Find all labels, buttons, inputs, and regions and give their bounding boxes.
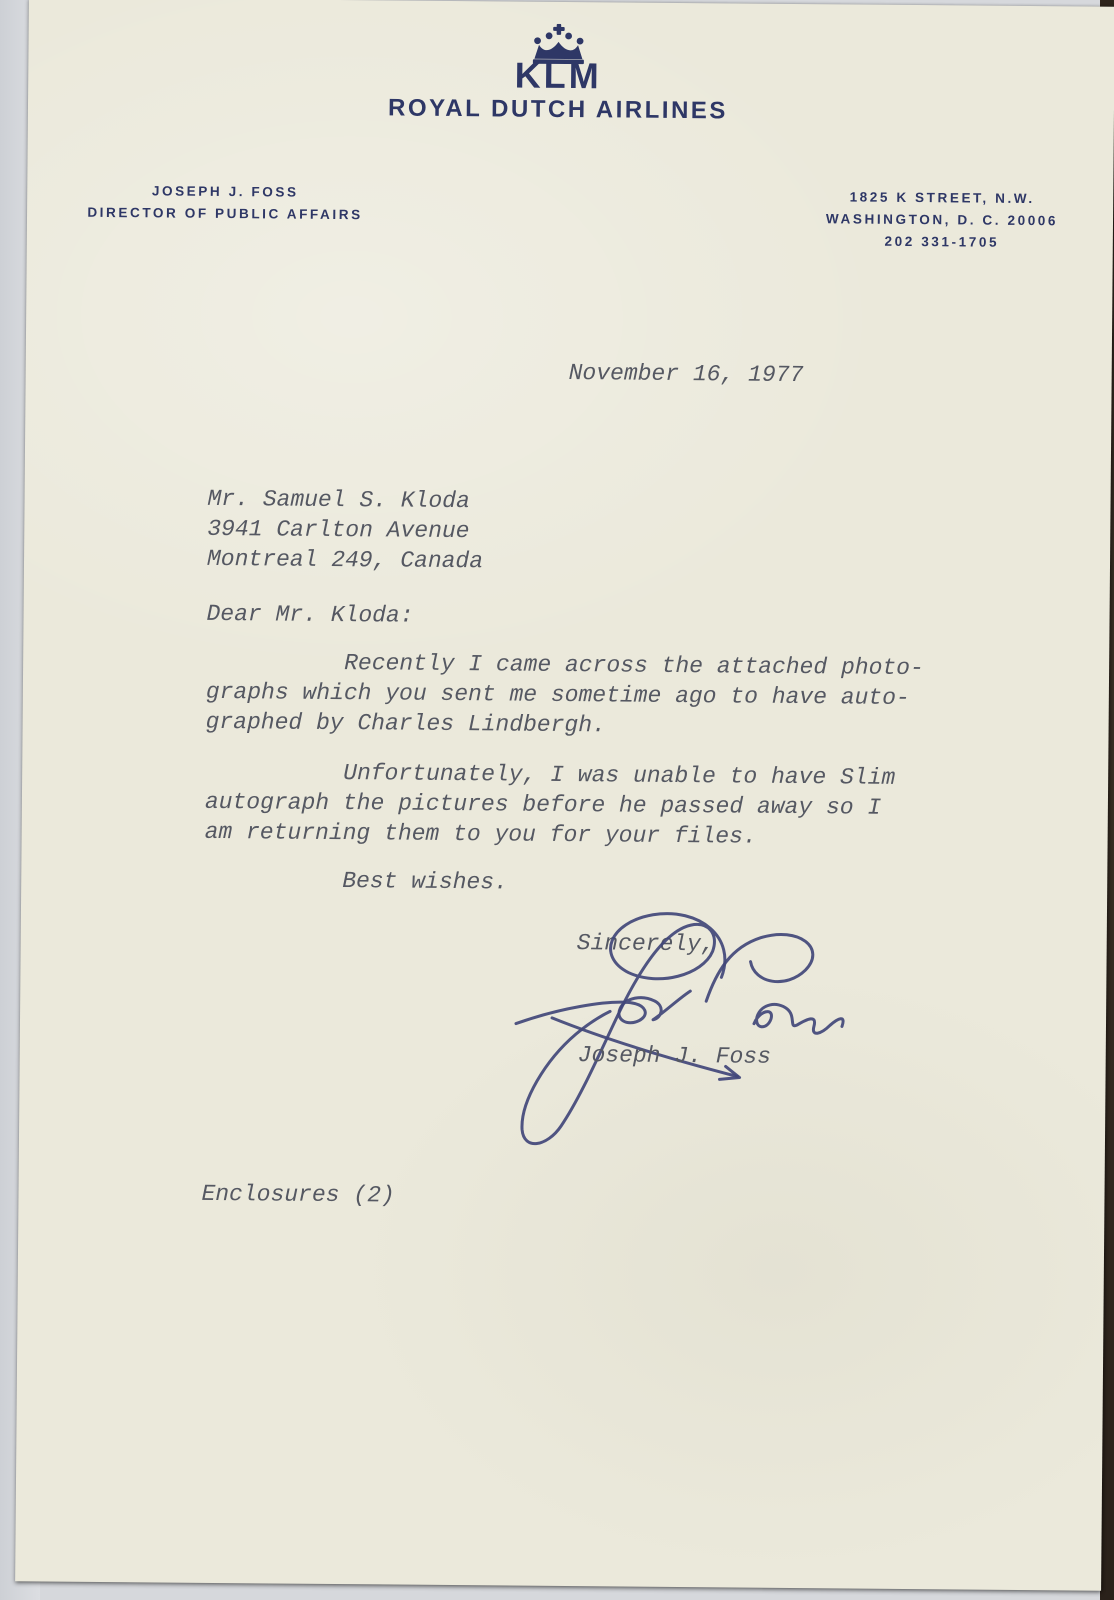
body-paragraph-3: Best wishes. — [204, 865, 508, 898]
address-city: WASHINGTON, D. C. 20006 — [784, 208, 1100, 233]
salutation: Dear Mr. Kloda: — [206, 599, 413, 631]
company-address-block: 1825 K STREET, N.W. WASHINGTON, D. C. 20… — [784, 186, 1101, 255]
address-street: 1825 K STREET, N.W. — [784, 186, 1100, 211]
letter-page: KLM ROYAL DUTCH AIRLINES JOSEPH J. FOSS … — [15, 0, 1114, 1591]
closing: Sincerely, — [577, 928, 715, 959]
airline-name: ROYAL DUTCH AIRLINES — [15, 92, 1101, 127]
recipient-address: Mr. Samuel S. Kloda 3941 Carlton Avenue … — [207, 484, 484, 576]
body-paragraph-2: Unfortunately, I was unable to have Slim… — [205, 757, 896, 853]
scanned-letter-background: KLM ROYAL DUTCH AIRLINES JOSEPH J. FOSS … — [0, 0, 1114, 1600]
enclosures-note: Enclosures (2) — [201, 1179, 394, 1211]
body-paragraph-1: Recently I came across the attached phot… — [205, 647, 923, 743]
typed-signature-name: Joseph J. Foss — [578, 1040, 771, 1072]
letter-date: November 16, 1977 — [569, 358, 804, 390]
officer-title: DIRECTOR OF PUBLIC AFFAIRS — [27, 201, 423, 226]
address-phone: 202 331-1705 — [784, 230, 1100, 255]
officer-block: JOSEPH J. FOSS DIRECTOR OF PUBLIC AFFAIR… — [27, 179, 423, 226]
